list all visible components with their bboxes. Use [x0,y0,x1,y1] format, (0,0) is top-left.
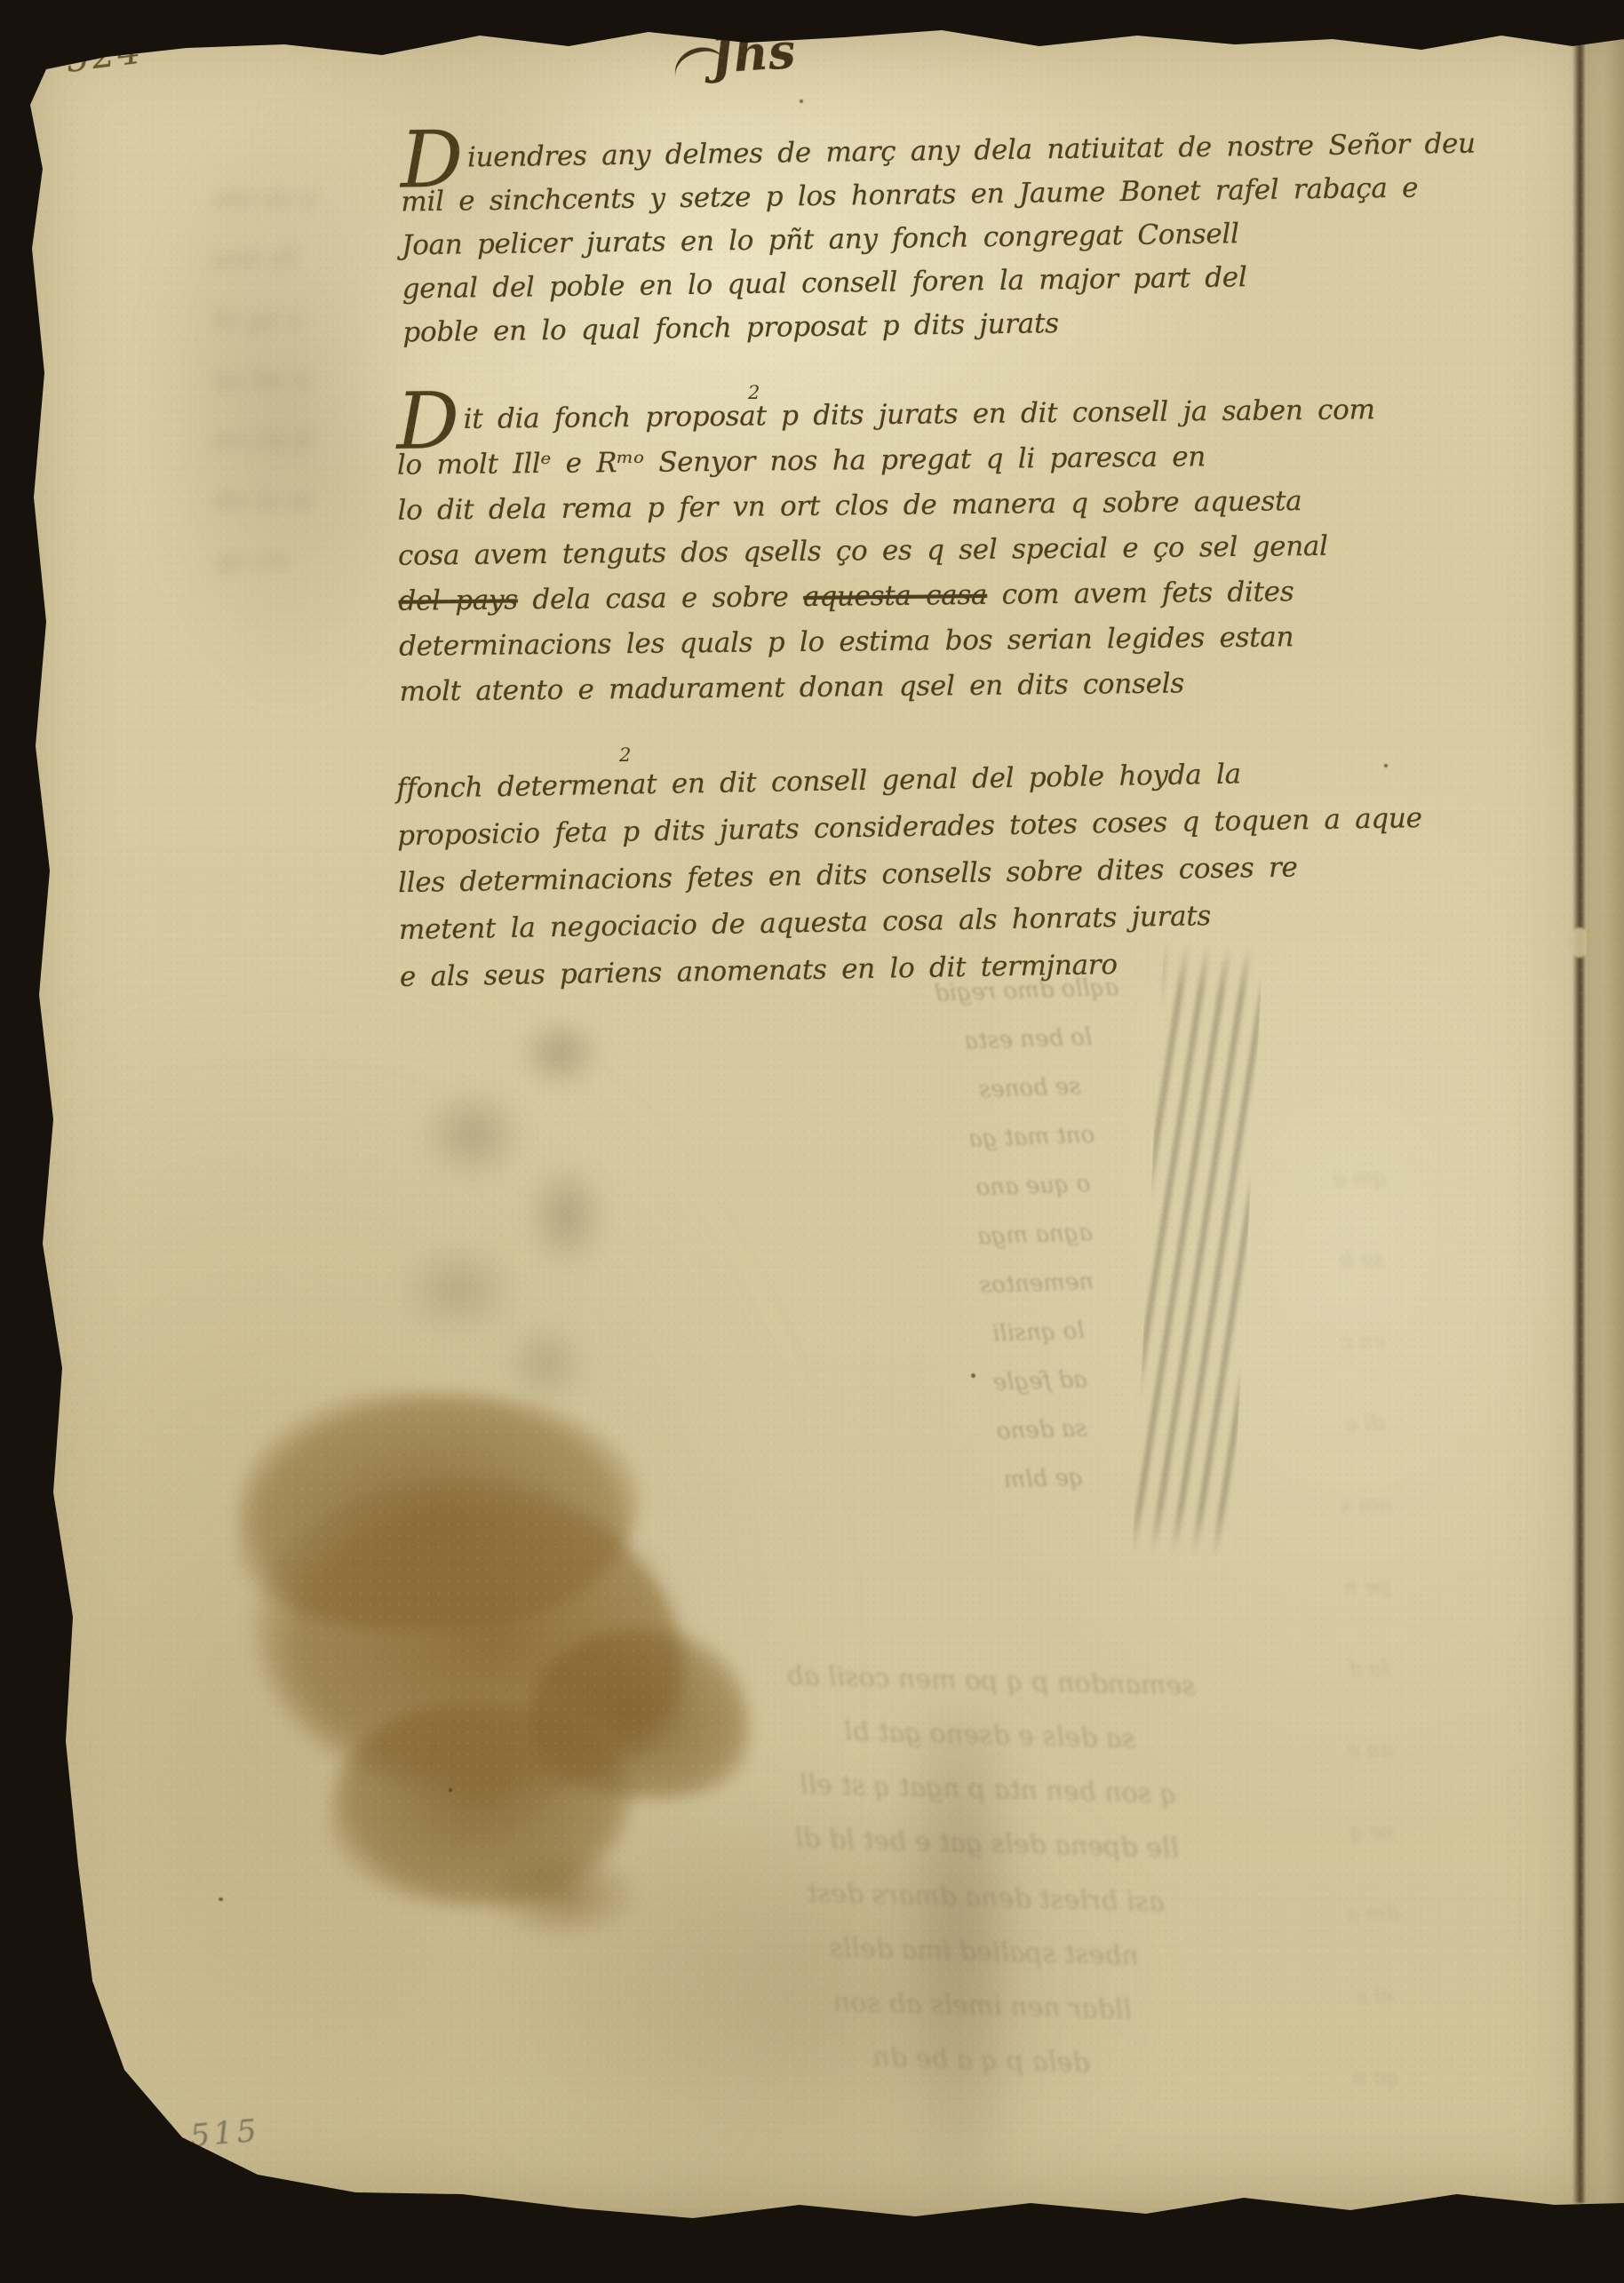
abbreviation-mark: 2 [619,744,631,766]
abbreviation-mark: 2 [748,382,760,403]
manuscript-page: om se aane dllo ge ssa be nen co dde la … [0,0,1624,2228]
page-edge-vignette [0,0,1624,2228]
